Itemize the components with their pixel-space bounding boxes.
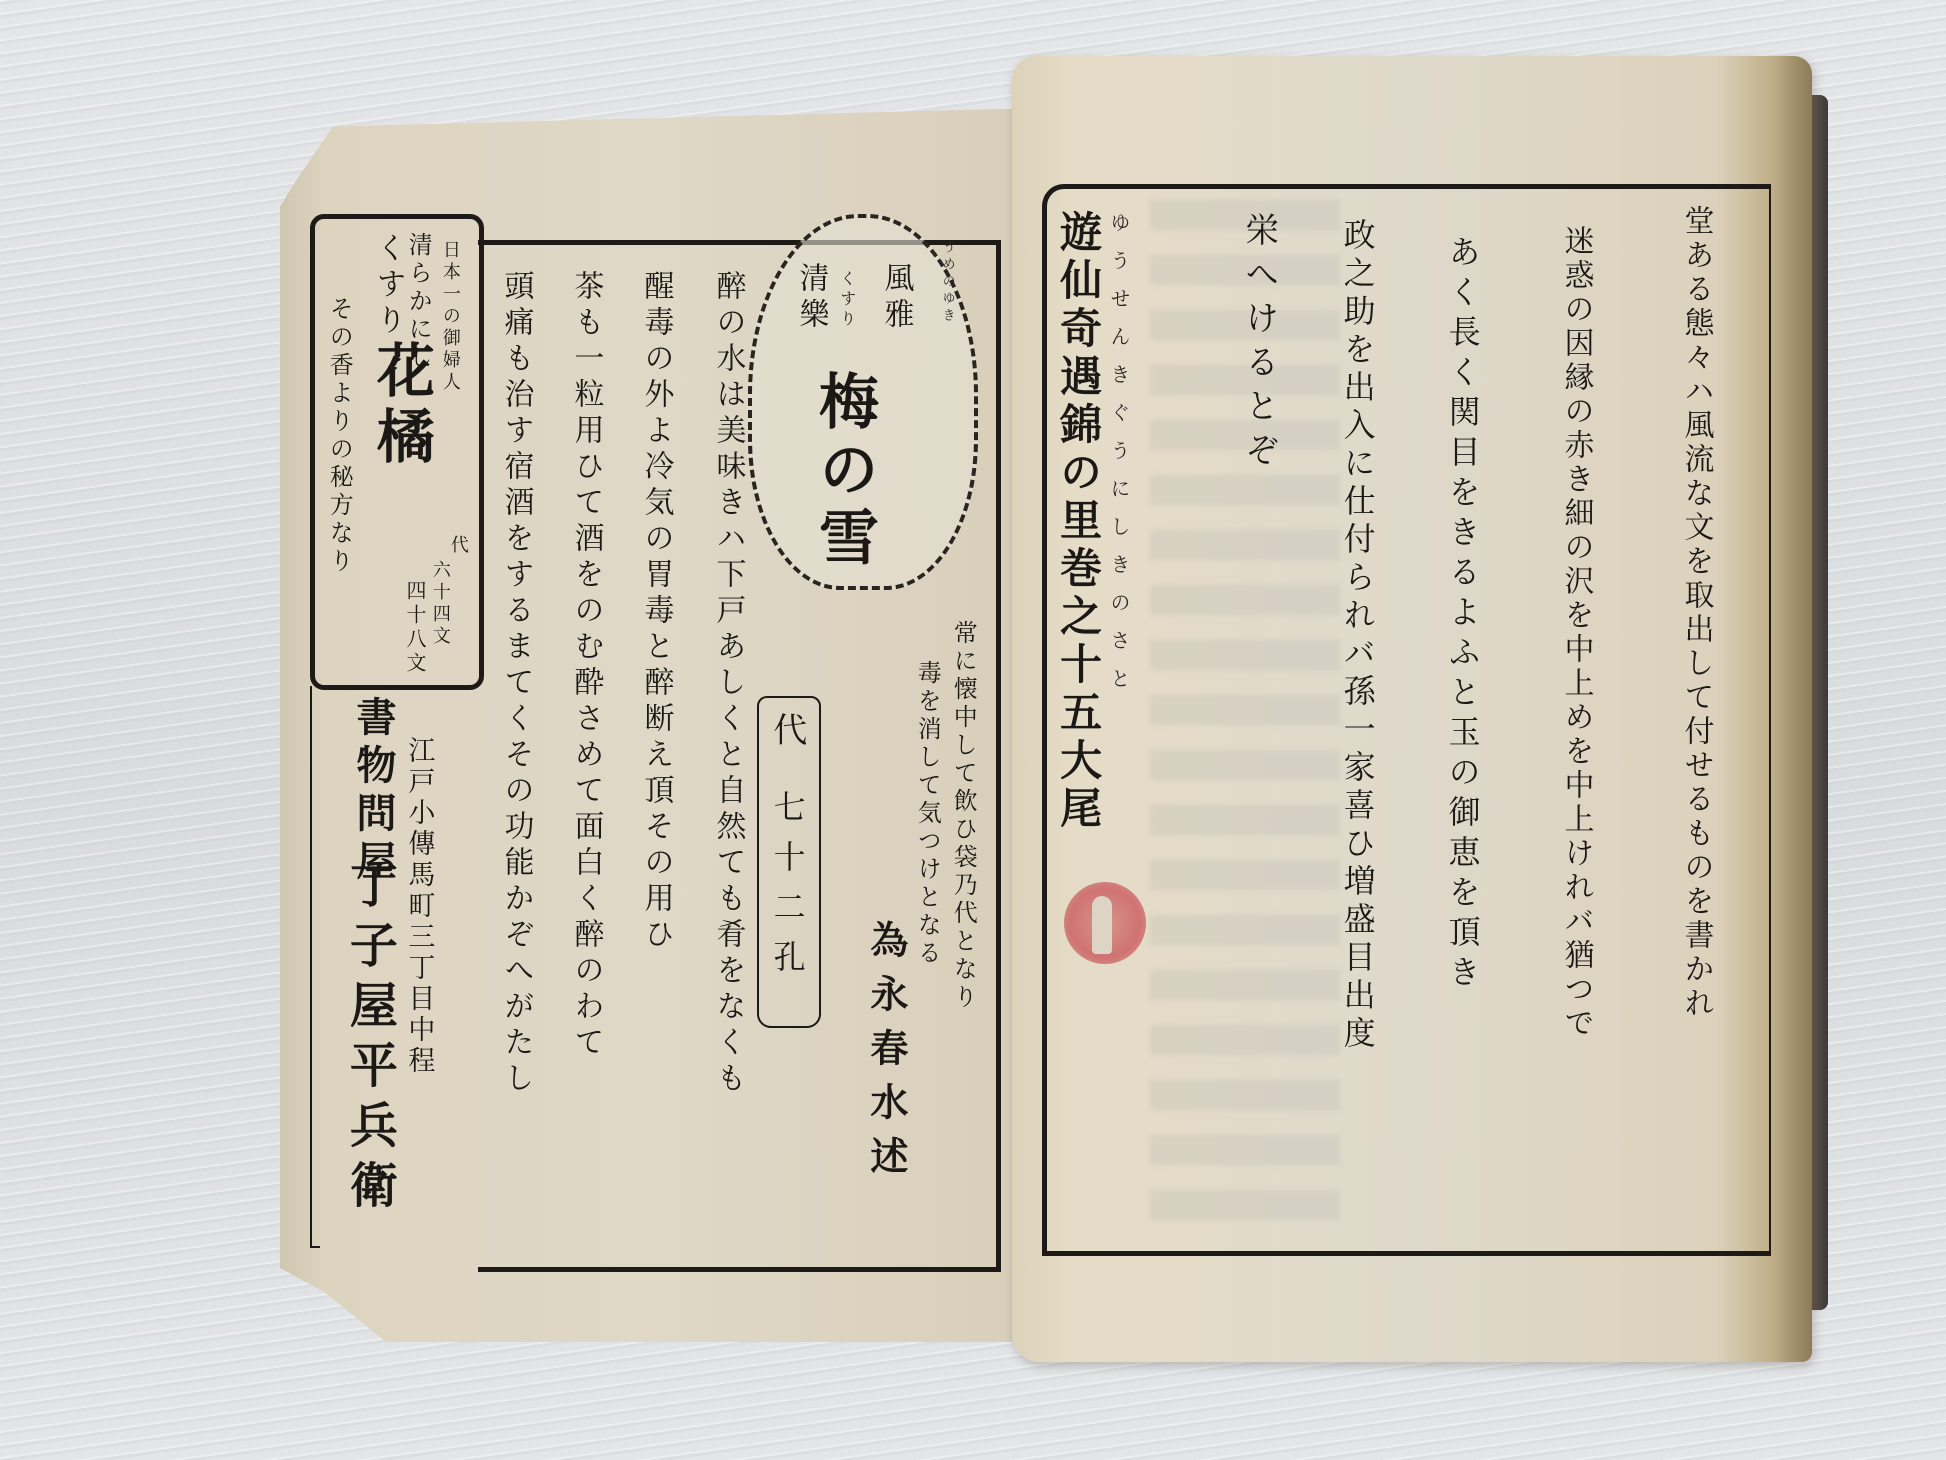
author-credit: 為永春水述 bbox=[866, 920, 906, 1190]
cartouche-title: 梅の雪 bbox=[812, 370, 875, 574]
advert-line3: くすり bbox=[372, 232, 404, 340]
cartouche-right-small: くすり bbox=[838, 270, 855, 330]
advert-price1: 六十四文 bbox=[430, 560, 449, 648]
price-tag-value: 七十二孔 bbox=[770, 790, 804, 990]
advert-price2: 四十八文 bbox=[404, 580, 425, 676]
advert-line1: 日本一の御婦人 bbox=[440, 240, 459, 394]
side-note-1: 常に懐中して飲ひ袋乃代となり bbox=[950, 620, 975, 1012]
publisher-address: 江戸小傳馬町三丁目中程 bbox=[404, 736, 432, 1077]
right-body-col-4: 政之助を出入に仕付られバ孫一家喜ひ増盛目出度 bbox=[1340, 218, 1374, 1054]
left-body-col-3: 茶も一粒用ひて酒をのむ酔さめて面白く醉のわて bbox=[570, 270, 602, 1062]
right-main-frame bbox=[1042, 184, 1771, 1256]
left-body-col-1: 醉の水は美味きハ下戸あしくと自然ても肴をなくも bbox=[712, 270, 744, 1098]
cartouche-border-text: うめのゆき bbox=[940, 240, 954, 325]
price-tag-label: 代 bbox=[768, 712, 804, 752]
side-note-2: 毒を消して気つけとなる bbox=[914, 660, 939, 968]
right-body-col-3: あく長く関目をきるよふと玉の御恵を頂き bbox=[1445, 235, 1479, 995]
advert-price-label: 代 bbox=[448, 535, 467, 557]
right-body-col-1: 堂ある態々ハ風流な文を取出して付せるものを書かれ bbox=[1680, 205, 1712, 1021]
right-body-col-2: 迷惑の因縁の赤き細の沢を中上めを中上けれバ猶つで bbox=[1560, 225, 1592, 1041]
cartouche-top: 風雅 bbox=[880, 262, 912, 334]
right-body-col-5: 栄へけるとぞ bbox=[1240, 212, 1276, 476]
advert-product-name: 花橘 bbox=[370, 340, 431, 472]
cartouche-left: 清樂 bbox=[795, 262, 827, 334]
red-seal bbox=[1064, 882, 1146, 964]
volume-title-ruby: ゆうせんきぐうにしきのさと bbox=[1108, 212, 1129, 706]
advert-line4: その香よりの秘方なり bbox=[326, 296, 351, 576]
left-body-col-4: 頭痛も治す宿酒をするまてくその功能かぞへがたし bbox=[500, 270, 532, 1098]
publisher-frame bbox=[310, 686, 320, 1248]
left-body-col-2: 醒毒の外よ冷気の胃毒と醉断え頂その用ひ bbox=[640, 270, 672, 954]
publisher-name: 丁子屋平兵衛 bbox=[344, 860, 394, 1220]
volume-title: 遊仙奇遇錦の里巻之十五大尾 bbox=[1056, 210, 1100, 834]
